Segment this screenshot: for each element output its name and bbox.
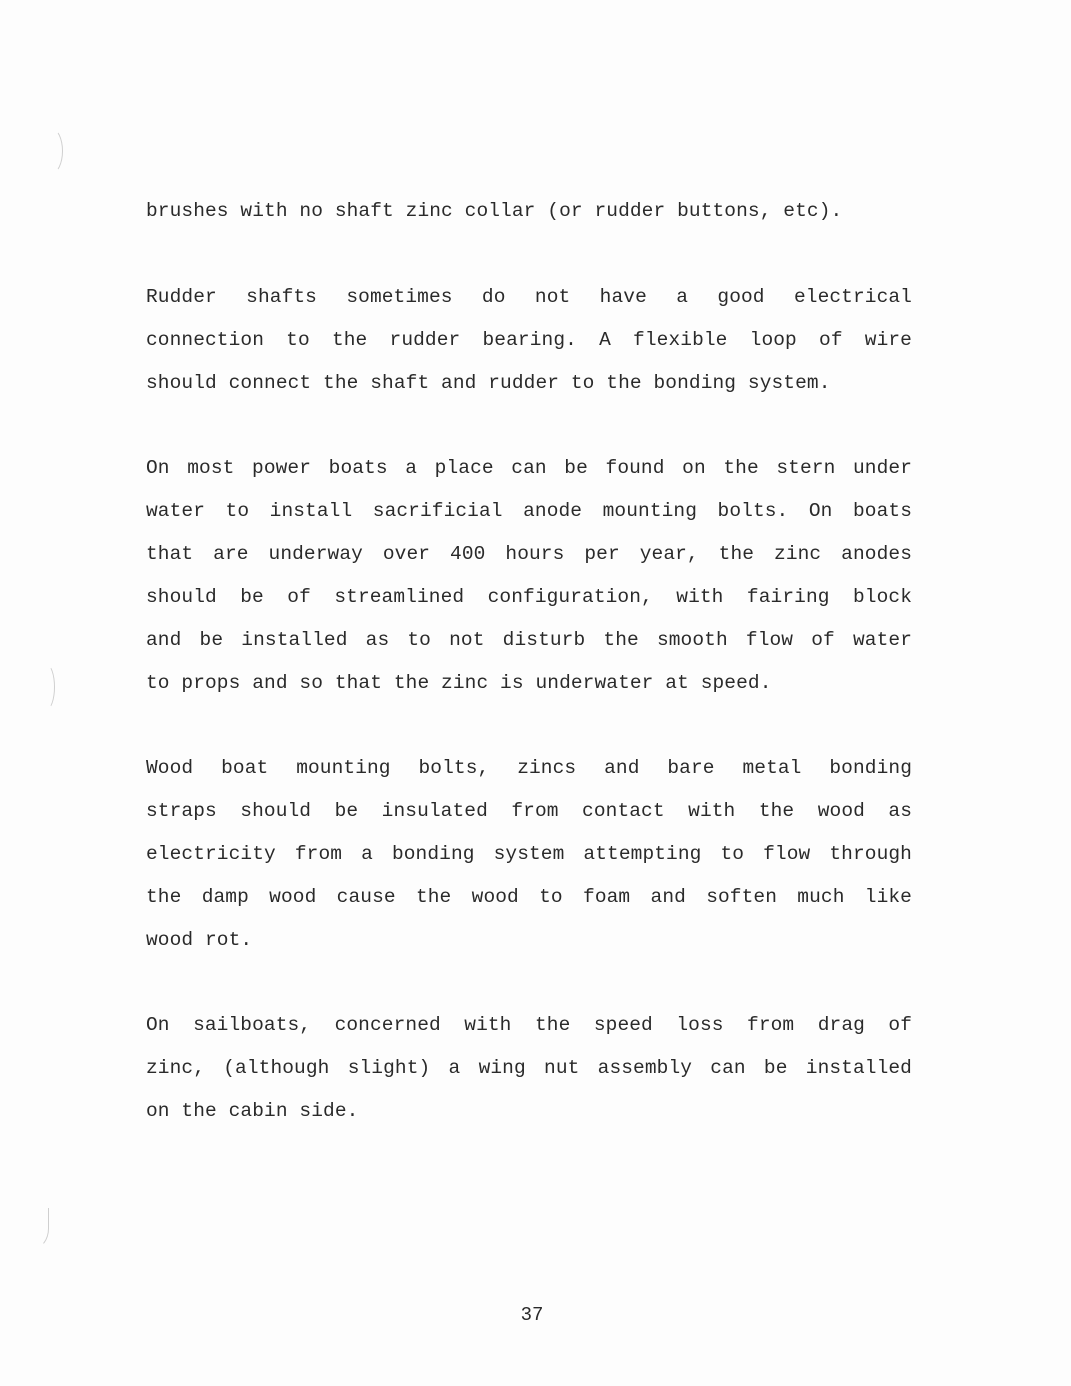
page-number: 37	[512, 1304, 552, 1326]
paragraph: brushes with no shaft zinc collar (or ru…	[146, 190, 912, 233]
text-line: should connect the shaft and rudder to t…	[146, 362, 912, 405]
text-line: the damp wood cause the wood to foam and…	[146, 876, 912, 919]
text-line: should be of streamlined configuration, …	[146, 576, 912, 619]
text-line: on the cabin side.	[146, 1090, 912, 1133]
binder-hole-mark	[38, 664, 55, 710]
text-line: to props and so that the zinc is underwa…	[146, 662, 912, 705]
text-line: that are underway over 400 hours per yea…	[146, 533, 912, 576]
text-line: electricity from a bonding system attemp…	[146, 833, 912, 876]
text-line: and be installed as to not disturb the s…	[146, 619, 912, 662]
paragraph: On sailboats, concerned with the speed l…	[146, 1004, 912, 1133]
binder-hole-mark	[18, 1208, 49, 1249]
document-page: brushes with no shaft zinc collar (or ru…	[0, 0, 1071, 1386]
text-line: zinc, (although slight) a wing nut assem…	[146, 1047, 912, 1090]
paragraph: Wood boat mounting bolts, zincs and bare…	[146, 747, 912, 962]
text-line: connection to the rudder bearing. A flex…	[146, 319, 912, 362]
text-line: brushes with no shaft zinc collar (or ru…	[146, 190, 912, 233]
text-line: On sailboats, concerned with the speed l…	[146, 1004, 912, 1047]
text-line: wood rot.	[146, 919, 912, 962]
text-line: On most power boats a place can be found…	[146, 447, 912, 490]
text-line: straps should be insulated from contact …	[146, 790, 912, 833]
paragraph: Rudder shafts sometimes do not have a go…	[146, 276, 912, 405]
paragraph: On most power boats a place can be found…	[146, 447, 912, 705]
text-line: Rudder shafts sometimes do not have a go…	[146, 276, 912, 319]
text-line: water to install sacrificial anode mount…	[146, 490, 912, 533]
binder-hole-mark	[40, 128, 63, 174]
text-line: Wood boat mounting bolts, zincs and bare…	[146, 747, 912, 790]
